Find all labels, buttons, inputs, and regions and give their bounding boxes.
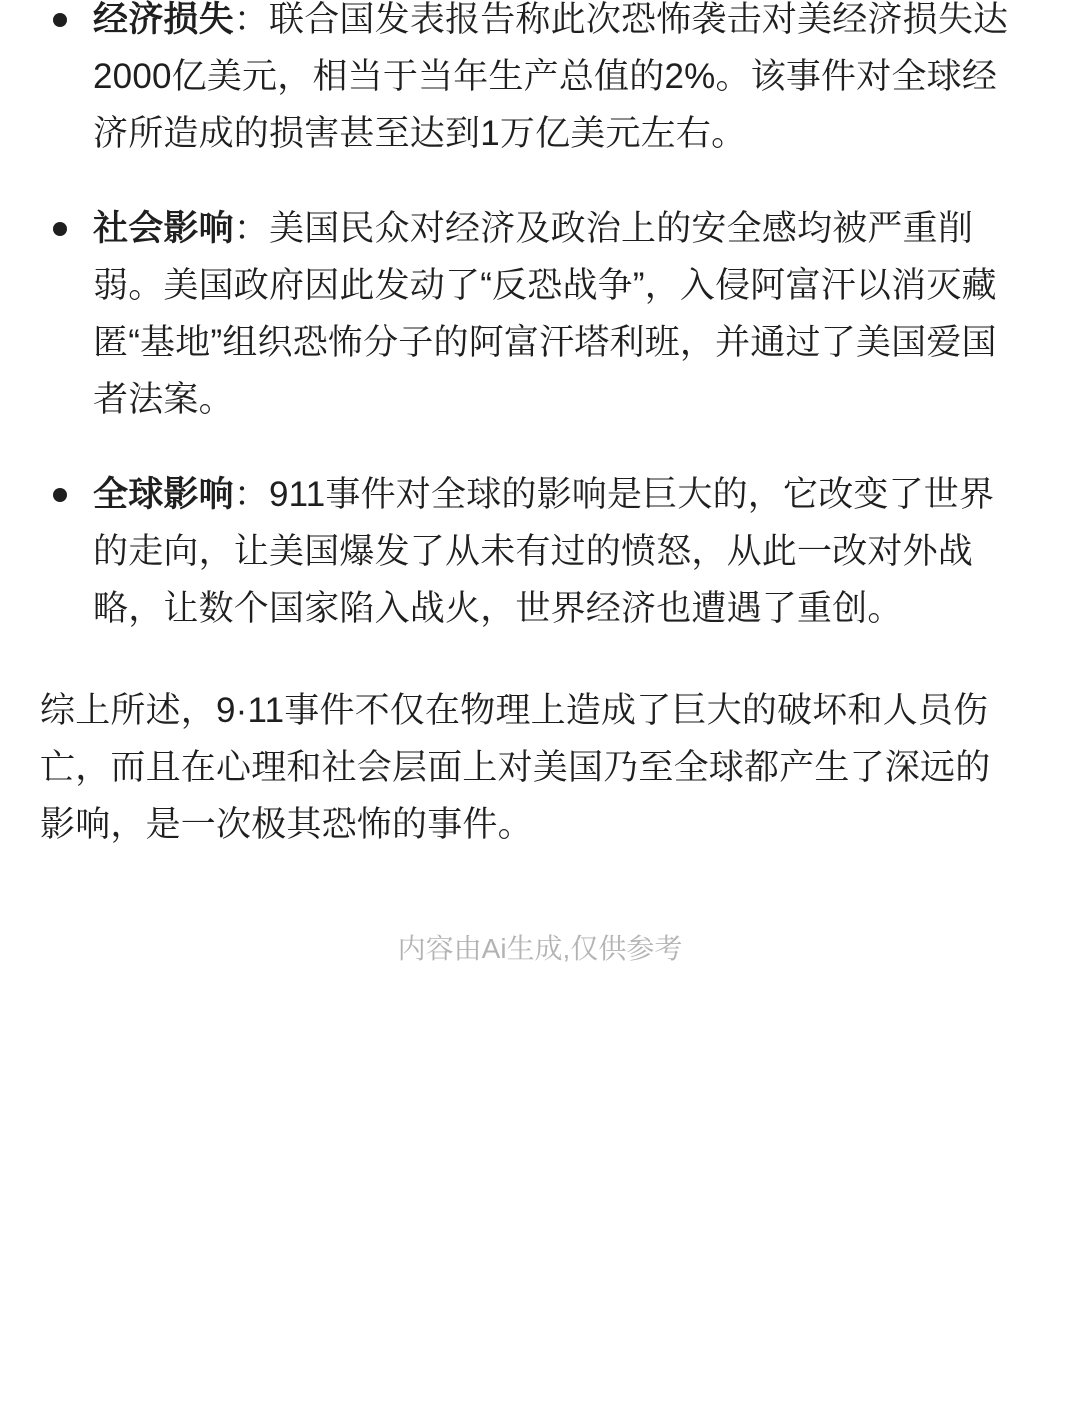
impact-list: 经济损失：联合国发表报告称此次恐怖袭击对美经济损失达 2000亿美元，相当于当年…	[40, 0, 1040, 637]
bullet-dot-icon	[53, 488, 67, 502]
ai-disclaimer-text: 内容由Ai生成,仅供参考	[40, 929, 1040, 969]
bullet-dot-icon	[53, 13, 67, 27]
item-term: 全球影响	[93, 475, 234, 514]
list-item-economic-loss: 经济损失：联合国发表报告称此次恐怖袭击对美经济损失达 2000亿美元，相当于当年…	[40, 0, 1040, 162]
item-term: 经济损失	[93, 0, 234, 39]
ai-answer-content: 经济损失：联合国发表报告称此次恐怖袭击对美经济损失达 2000亿美元，相当于当年…	[0, 0, 1080, 969]
item-term: 社会影响	[93, 209, 234, 248]
summary-paragraph: 综上所述，9·11事件不仅在物理上造成了巨大的破坏和人员伤 亡，而且在心理和社会…	[40, 682, 1040, 853]
list-item-global-impact: 全球影响：911事件对全球的影响是巨大的，它改变了世界 的走向，让美国爆发了从未…	[40, 466, 1040, 637]
list-item-social-impact: 社会影响：美国民众对经济及政治上的安全感均被严重削 弱。美国政府因此发动了“反恐…	[40, 200, 1040, 428]
bullet-dot-icon	[53, 222, 67, 236]
